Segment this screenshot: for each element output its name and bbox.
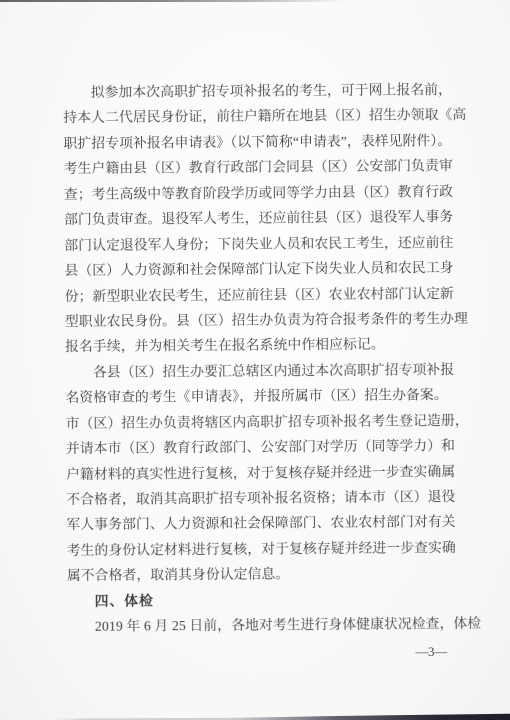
- document-body: 拟参加本次高职扩招专项补报名的考生，可于网上报名前，持本人二代居民身份证，前往户…: [63, 77, 469, 640]
- scan-edge-top: [0, 0, 345, 2]
- text-line: 军人事务部门、人力资源和社会保障部门、农业农村部门对有关: [66, 509, 468, 538]
- text-line: 考生户籍由县（区）教育行政部门会同县（区）公安部门负责审: [64, 153, 466, 182]
- text-line: 报名手续，并为相关考生在报名系统中作相应标记。: [65, 331, 467, 360]
- text-line: 户籍材料的真实性进行复核，对于复核存疑并经进一步查实确属: [66, 458, 468, 487]
- text-line: 份；新型职业农民考生，还应前往县（区）农业农村部门认定新: [65, 280, 467, 309]
- text-line: 市（区）招生办负责将辖区内高职扩招专项补报名考生登记造册，: [66, 408, 468, 437]
- text-line: 职扩招专项补报名申请表》（以下简称“申请表”，表样见附件）。: [63, 128, 465, 157]
- scan-edge-bottom: [55, 713, 510, 720]
- text-line: 并请本市（区）教育行政部门、公安部门对学历（同等学力）和: [66, 433, 468, 462]
- section-heading-physical-exam: 四、体检: [67, 586, 469, 615]
- paragraph-registration-procedure: 拟参加本次高职扩招专项补报名的考生，可于网上报名前，持本人二代居民身份证，前往户…: [63, 77, 467, 360]
- text-line: 属不合格者，取消其身份认定信息。: [67, 560, 469, 589]
- text-line: 县（区）人力资源和社会保障部门认定下岗失业人员和农民工身: [64, 255, 466, 284]
- text-line: 持本人二代居民身份证，前往户籍所在地县（区）招生办领取《高: [63, 102, 465, 131]
- page-number: —3—: [398, 644, 464, 660]
- text-line: 部门认定退役军人身份；下岗失业人员和农民工考生，还应前往: [64, 229, 466, 258]
- paragraph-review-and-filing: 各县（区）招生办要汇总辖区内通过本次高职扩招专项补报名资格审查的考生《申请表》，…: [65, 357, 469, 589]
- scanned-document-page: 拟参加本次高职扩招专项补报名的考生，可于网上报名前，持本人二代居民身份证，前往户…: [0, 0, 510, 720]
- text-line: 型职业农民身份。县（区）招生办负责为符合报考条件的考生办理: [65, 306, 467, 335]
- text-line: 考生的身份认定材料进行复核，对于复核存疑并经进一步查实确: [67, 535, 469, 564]
- text-line: 2019 年 6 月 25 日前，各地对考生进行身体健康状况检查，体检: [67, 611, 469, 640]
- text-line: 部门负责审查。退役军人考生，还应前往县（区）退役军人事务: [64, 204, 466, 233]
- text-line: 各县（区）招生办要汇总辖区内通过本次高职扩招专项补报: [65, 357, 467, 386]
- text-line: 拟参加本次高职扩招专项补报名的考生，可于网上报名前，: [63, 77, 465, 106]
- text-line: 不合格者，取消其高职扩招专项补报名资格；请本市（区）退役: [66, 484, 468, 513]
- text-line: 查；考生高级中等教育阶段学历或同等学力由县（区）教育行政: [64, 179, 466, 208]
- text-line: 名资格审查的考生《申请表》，并报所属市（区）招生办备案。: [65, 382, 467, 411]
- paragraph-physical-exam: 2019 年 6 月 25 日前，各地对考生进行身体健康状况检查，体检: [67, 611, 469, 640]
